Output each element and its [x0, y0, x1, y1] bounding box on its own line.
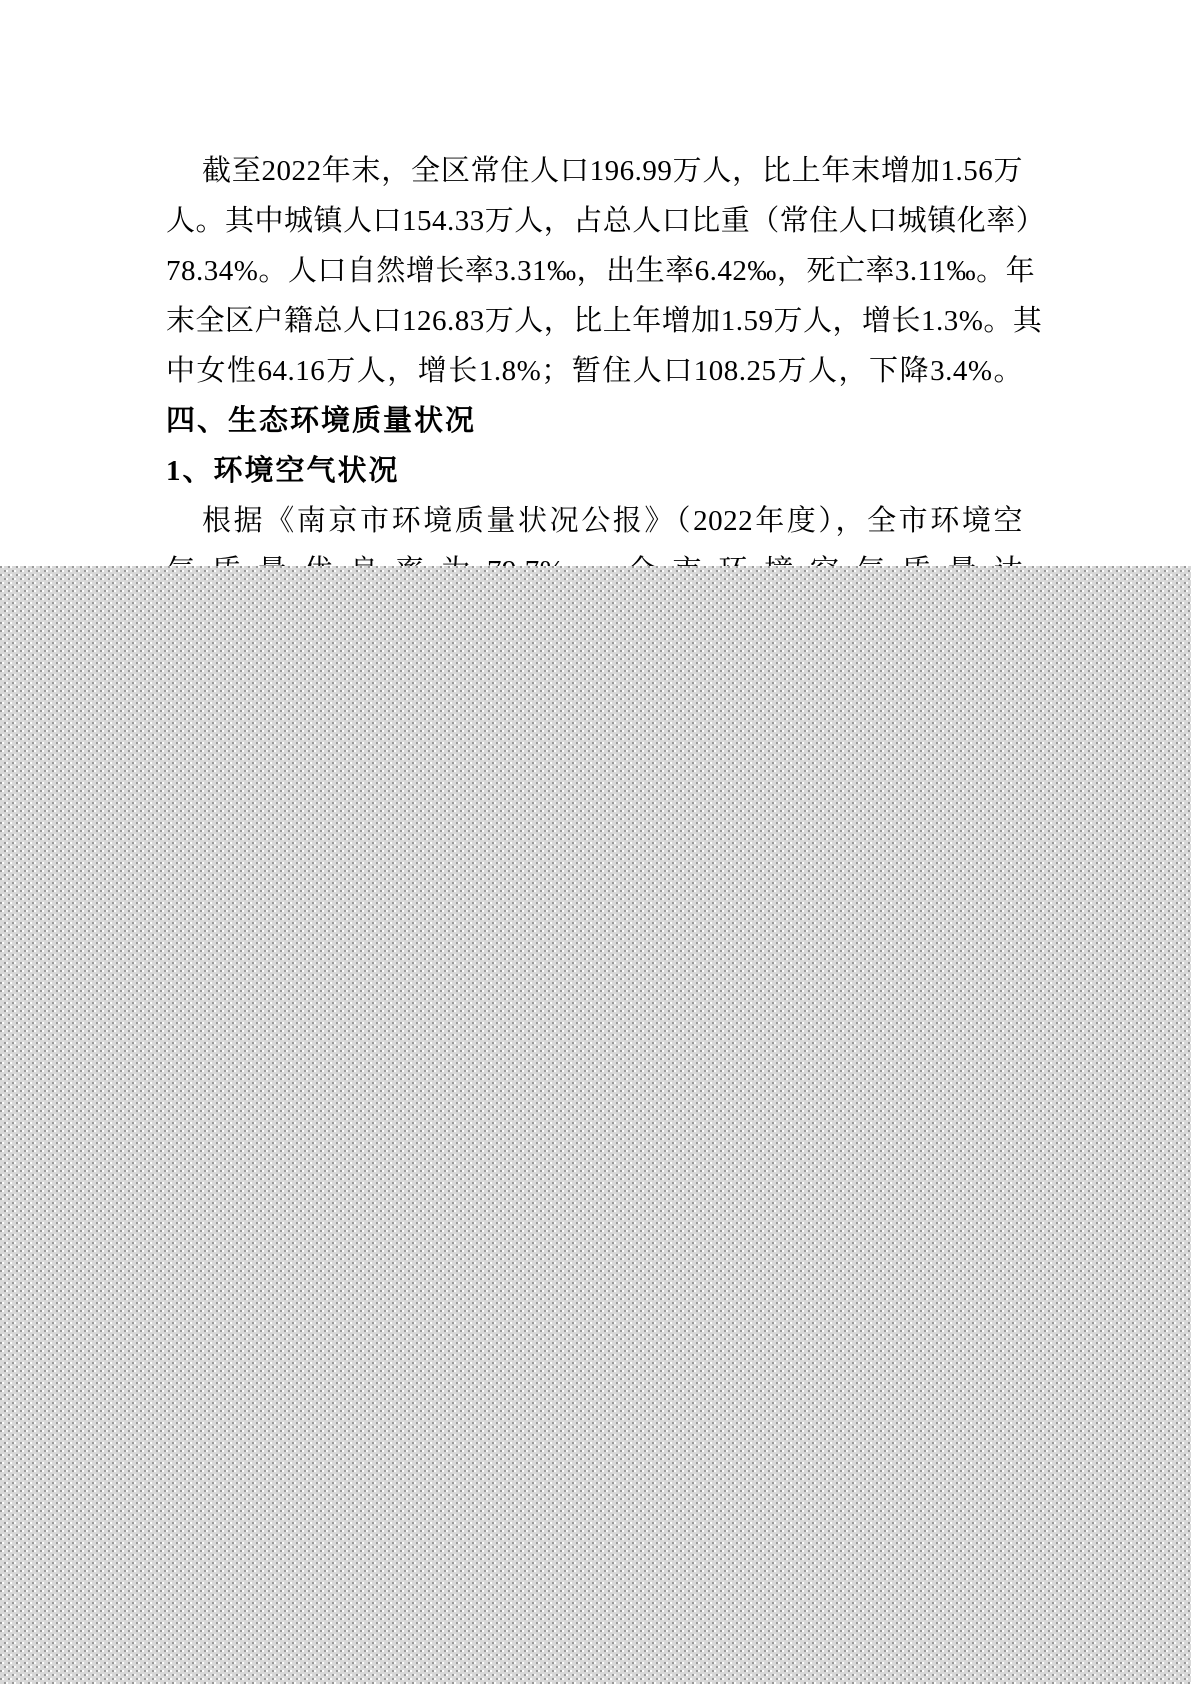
section-heading: 四、生态环境质量状况: [166, 396, 1023, 446]
text-block: 截至2022年末，全区常住人口196.99万人，比上年末增加1.56万 人。其中…: [166, 146, 1023, 596]
paragraph-line: 78.34%。人口自然增长率3.31‰，出生率6.42‰，死亡率3.11‰。年: [166, 246, 1023, 296]
paragraph-line: 截至2022年末，全区常住人口196.99万人，比上年末增加1.56万: [166, 146, 1023, 196]
document-page: 截至2022年末，全区常住人口196.99万人，比上年末增加1.56万 人。其中…: [0, 0, 1191, 1684]
paragraph-line: 根据《南京市环境质量状况公报》（2022年度），全市环境空: [166, 496, 1023, 546]
sub-heading: 1、环境空气状况: [166, 446, 1023, 496]
paragraph-line: 中女性64.16万人，增长1.8%；暂住人口108.25万人，下降3.4%。: [166, 346, 1023, 396]
paragraph-line: 末全区户籍总人口126.83万人，比上年增加1.59万人，增长1.3%。其: [166, 296, 1023, 346]
paragraph-population: 截至2022年末，全区常住人口196.99万人，比上年末增加1.56万 人。其中…: [166, 146, 1023, 396]
gray-dither-overlay: [0, 566, 1191, 1684]
paragraph-line: 人。其中城镇人口154.33万人，占总人口比重（常住人口城镇化率）: [166, 196, 1023, 246]
